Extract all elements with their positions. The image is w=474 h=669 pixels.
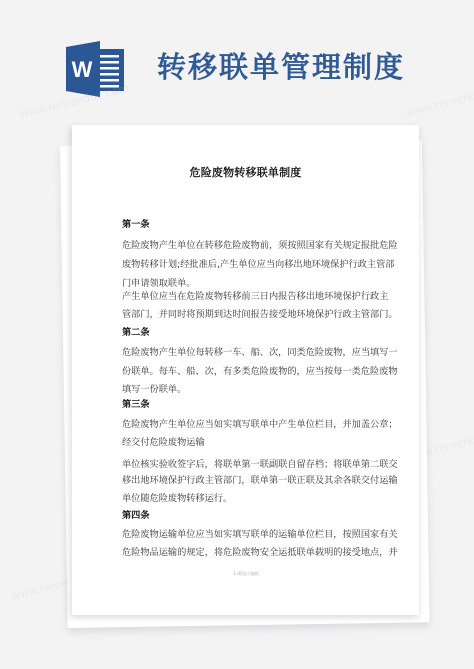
- page-footer: -1-/精品可编辑: [72, 571, 419, 577]
- body-line: 废物转移计划;经批准后,产生单位应当向移出地环境保护行政主管部: [122, 259, 394, 271]
- banner-title: 转移联单管理制度: [157, 47, 405, 87]
- document-page: 危险废物转移联单制度 第一条 危险废物产生单位在转移危险废物前，须按照国家有关规…: [72, 125, 419, 615]
- body-line: 单位随危险废物转移运行。: [122, 493, 232, 505]
- banner: W 转移联单管理制度: [0, 0, 474, 120]
- body-line: 危险废物产生单位每转移一车、船、次，同类危险废物，应当填写一: [122, 347, 398, 359]
- body-line: 危险废物产生单位在转移危险废物前，须按照国家有关规定报批危险: [122, 240, 398, 252]
- article-heading: 第一条: [122, 219, 150, 231]
- body-line: 产生单位应当在危险废物转移前三日内报告移出地环境保护行政主: [122, 291, 388, 303]
- body-line: 危险废物运输单位应当如实填写联单的运输单位栏目，按照国家有关: [122, 529, 398, 541]
- article-heading: 第二条: [122, 327, 150, 339]
- body-line: 管部门，并同时将预期到达时间报告接受地环境保护行政主管部门。: [122, 309, 398, 321]
- body-line: 单位核实验收签字后，将联单第一联副联自留存档；将联单第二联交: [122, 459, 398, 471]
- svg-text:W: W: [72, 57, 93, 82]
- word-icon: W: [66, 41, 128, 97]
- body-line: 移出地环境保护行政主管部门，联单第一联正联及其余各联交付运输: [122, 475, 398, 487]
- body-line: 份联单。每车、船、次，有多类危险废物的，应当按每一类危险废物: [122, 366, 398, 378]
- body-line: 危险物品运输的规定，将危险废物安全运抵联单载明的接受地点，并: [122, 547, 398, 559]
- article-heading: 第三条: [122, 399, 150, 411]
- body-line: 填写一份联单。: [122, 384, 186, 396]
- body-line: 危险废物产生单位应当如实填写联单中产生单位栏目，并加盖公章；: [122, 419, 398, 431]
- article-heading: 第四条: [122, 510, 150, 522]
- body-line: 门申请领取联单。: [122, 278, 196, 290]
- body-line: 经交付危险废物运输: [122, 437, 205, 449]
- document-title: 危险废物转移联单制度: [72, 164, 419, 180]
